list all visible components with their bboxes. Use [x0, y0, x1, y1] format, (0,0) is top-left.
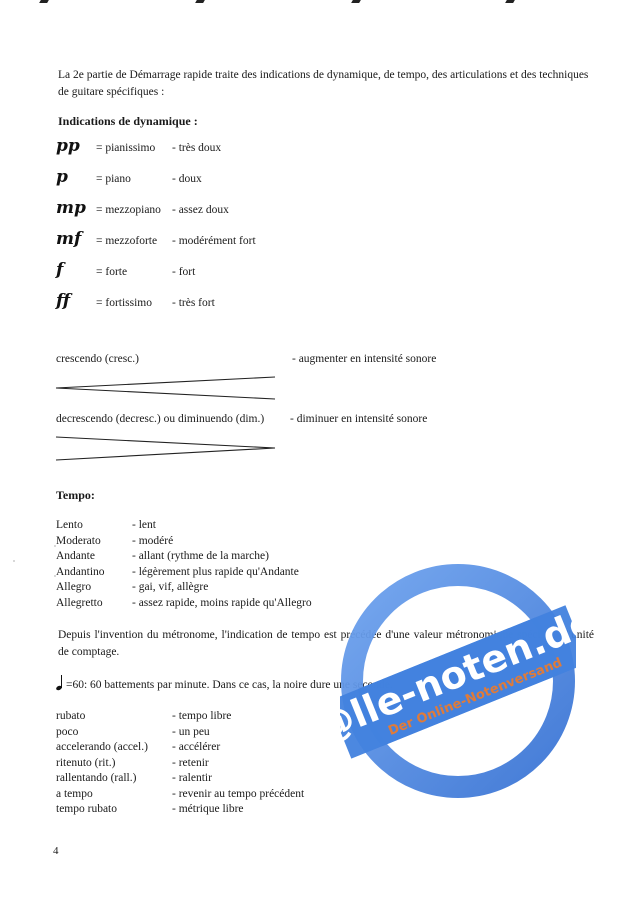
dynamic-meaning: - doux: [172, 173, 202, 185]
dynamic-name: = fortissimo: [96, 297, 152, 309]
dynamic-name: = mezzopiano: [96, 204, 161, 216]
modifier-meaning: - retenir: [172, 756, 209, 772]
dynamic-symbol: f: [56, 260, 63, 280]
metronome-example-text: =60: 60 battements par minute. Dans ce c…: [66, 679, 393, 691]
tempo-term: Andante: [56, 549, 95, 565]
dynamic-meaning: - assez doux: [172, 204, 229, 216]
tempo-heading: Tempo:: [56, 488, 95, 503]
crop-mark: [195, 0, 205, 3]
modifier-meaning: - revenir au tempo précédent: [172, 787, 304, 803]
decrescendo-meaning: - diminuer en intensité sonore: [290, 413, 427, 425]
dynamics-heading: Indications de dynamique :: [58, 114, 198, 129]
tempo-meaning: - assez rapide, moins rapide qu'Allegro: [132, 596, 312, 612]
tempo-meaning: - gai, vif, allègre: [132, 580, 208, 596]
modifier-meaning: - ralentir: [172, 771, 212, 787]
crop-mark: [39, 0, 49, 3]
tempo-meaning: - légèrement plus rapide qu'Andante: [132, 565, 299, 581]
modifier-term: tempo rubato: [56, 802, 117, 818]
dynamic-meaning: - modérément fort: [172, 235, 256, 247]
tempo-term: Allegretto: [56, 596, 103, 612]
modifier-meaning: - un peu: [172, 725, 210, 741]
top-edge-marks: [0, 0, 640, 10]
page-number: 4: [53, 845, 59, 857]
dynamic-symbol: p: [56, 167, 68, 187]
dynamic-symbol: pp: [56, 136, 80, 156]
modifier-term: accelerando (accel.): [56, 740, 148, 756]
dynamic-meaning: - très fort: [172, 297, 215, 309]
dynamic-meaning: - très doux: [172, 142, 221, 154]
dynamic-symbol: ff: [56, 291, 70, 311]
dynamic-name: = piano: [96, 173, 131, 185]
modifier-meaning: - accélérer: [172, 740, 220, 756]
metronome-paragraph: Depuis l'invention du métronome, l'indic…: [58, 627, 594, 661]
tempo-meaning: - lent: [132, 518, 156, 534]
dynamic-name: = mezzoforte: [96, 235, 157, 247]
modifier-term: a tempo: [56, 787, 93, 803]
dynamic-meaning: - fort: [172, 266, 195, 278]
tempo-meaning: - allant (rythme de la marche): [132, 549, 269, 565]
dynamic-symbol: mf: [56, 229, 81, 249]
decrescendo-hairpin-icon: [55, 435, 277, 463]
scan-speck: [13, 560, 15, 562]
decrescendo-label: decrescendo (decresc.) ou diminuendo (di…: [56, 413, 264, 425]
tempo-term: Lento: [56, 518, 83, 534]
modifier-meaning: - métrique libre: [172, 802, 244, 818]
tempo-term: Allegro: [56, 580, 91, 596]
tempo-term: Moderato: [56, 534, 101, 550]
crescendo-label: crescendo (cresc.): [56, 353, 139, 365]
modifier-term: rallentando (rall.): [56, 771, 136, 787]
crop-mark: [351, 0, 361, 3]
crescendo-meaning: - augmenter en intensité sonore: [292, 353, 436, 365]
watermark-text: @lle-noten.de: [340, 598, 576, 750]
modifier-meaning: - tempo libre: [172, 709, 231, 725]
metronome-example: =60: 60 battements par minute. Dans ce c…: [56, 676, 393, 691]
modifier-term: ritenuto (rit.): [56, 756, 115, 772]
intro-paragraph: La 2e partie de Démarrage rapide traite …: [58, 67, 598, 101]
crescendo-hairpin-icon: [55, 374, 277, 402]
scan-speck: [54, 575, 56, 577]
quarter-note-icon: [56, 676, 66, 690]
dynamic-name: = pianissimo: [96, 142, 155, 154]
tempo-term: Andantino: [56, 565, 105, 581]
modifier-term: rubato: [56, 709, 85, 725]
scan-speck: [54, 545, 56, 547]
dynamic-name: = forte: [96, 266, 127, 278]
dynamic-symbol: mp: [56, 198, 86, 218]
crop-mark: [505, 0, 515, 3]
tempo-meaning: - modéré: [132, 534, 173, 550]
watermark-subtitle: Der Online-Notenversand: [386, 655, 564, 739]
modifier-term: poco: [56, 725, 78, 741]
